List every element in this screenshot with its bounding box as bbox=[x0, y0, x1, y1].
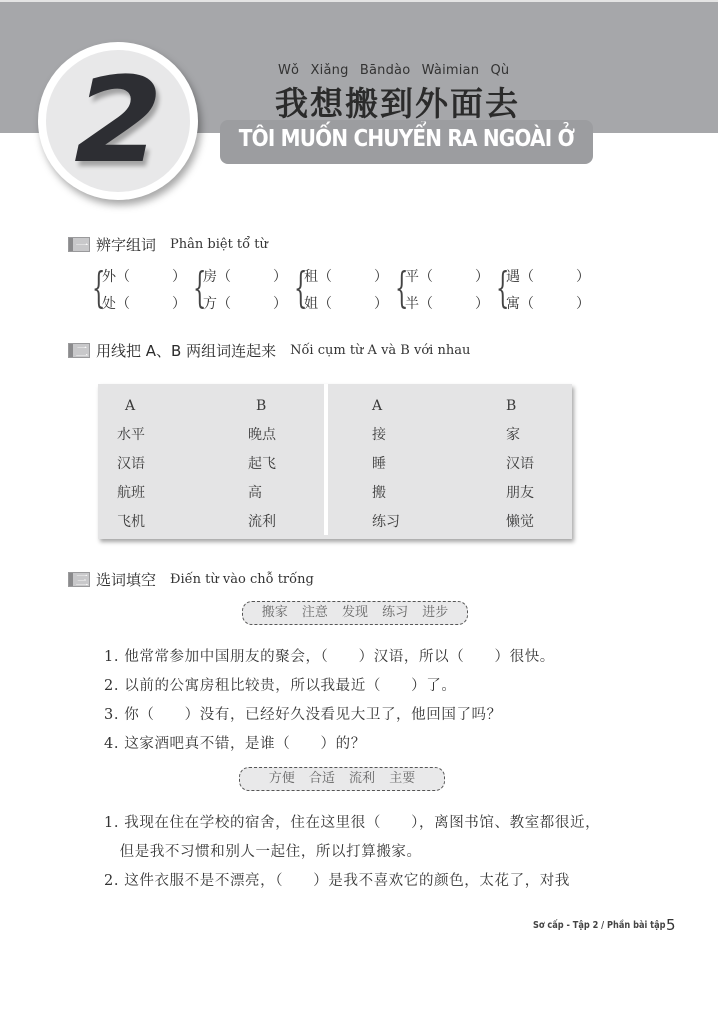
pair-bottom[interactable]: 处（ ） bbox=[102, 291, 186, 318]
pair-top[interactable]: 租（ ） bbox=[304, 264, 388, 291]
match-item[interactable]: 流利 bbox=[248, 512, 276, 541]
section-title: 选词填空 bbox=[96, 569, 156, 590]
brace-icon: { bbox=[92, 264, 97, 318]
char-pair: { 平（ ）半（ ） bbox=[395, 264, 496, 318]
matching-divider bbox=[324, 384, 328, 535]
pair-top[interactable]: 房（ ） bbox=[203, 264, 287, 291]
pair-bottom[interactable]: 姐（ ） bbox=[304, 291, 388, 318]
brace-icon: { bbox=[496, 264, 501, 318]
section-1-heading: 一 辨字组词 Phân biệt tổ từ bbox=[68, 234, 268, 255]
match-item[interactable]: 起飞 bbox=[248, 454, 276, 483]
brace-icon: { bbox=[294, 264, 299, 318]
word-bank-2: 方便 合适 流利 主要 bbox=[239, 767, 445, 791]
word-bank-1: 搬家 注意 发现 练习 进步 bbox=[242, 601, 468, 625]
header-top-line bbox=[0, 0, 718, 2]
char-pairs: { 外（ ）处（ ） { 房（ ）方（ ） { 租（ ）姐（ ） { 平（ ）半… bbox=[92, 264, 597, 318]
section-number-icon: 三 bbox=[68, 572, 90, 587]
left-col-a: A 水平 汉语 航班 飞机 bbox=[117, 396, 145, 541]
char-pair: { 房（ ）方（ ） bbox=[193, 264, 294, 318]
title-pinyin: Wǒ Xiǎng Bāndào Wàimian Qù bbox=[278, 63, 509, 78]
lesson-number: 2 bbox=[27, 60, 208, 180]
col-header: A bbox=[117, 396, 145, 425]
pair-bottom[interactable]: 半（ ） bbox=[405, 291, 489, 318]
footer-book-title: Sơ cấp - Tập 2 / Phần bài tập bbox=[533, 920, 666, 931]
match-item[interactable]: 接 bbox=[372, 425, 400, 454]
match-item[interactable]: 航班 bbox=[117, 483, 145, 512]
right-col-a: A 接 睡 搬 练习 bbox=[372, 396, 400, 541]
char-pair: { 租（ ）姐（ ） bbox=[294, 264, 395, 318]
match-item[interactable]: 汉语 bbox=[117, 454, 145, 483]
char-pair: { 遇（ ）寓（ ） bbox=[496, 264, 597, 318]
match-item[interactable]: 练习 bbox=[372, 512, 400, 541]
section-2-heading: 二 用线把 A、B 两组词连起来 Nối cụm từ A và B với n… bbox=[68, 340, 470, 361]
question-2-1[interactable]: 1. 我现在住在学校的宿舍，住在这里很（ ），离图书馆、教室都很近， bbox=[104, 811, 600, 832]
match-item[interactable]: 汉语 bbox=[506, 454, 534, 483]
section-number-icon: 一 bbox=[68, 237, 90, 252]
pair-top[interactable]: 遇（ ） bbox=[506, 264, 590, 291]
section-title: 辨字组词 bbox=[96, 234, 156, 255]
question-2[interactable]: 2. 以前的公寓房租比较贵，所以我最近（ ）了。 bbox=[104, 674, 456, 695]
question-4[interactable]: 4. 这家酒吧真不错，是谁（ ）的？ bbox=[104, 732, 366, 753]
match-item[interactable]: 高 bbox=[248, 483, 276, 512]
page-title: 我想搬到外面去 bbox=[275, 78, 520, 125]
section-subtitle: Phân biệt tổ từ bbox=[170, 237, 268, 252]
match-item[interactable]: 飞机 bbox=[117, 512, 145, 541]
match-item[interactable]: 家 bbox=[506, 425, 534, 454]
match-item[interactable]: 晚点 bbox=[248, 425, 276, 454]
question-3[interactable]: 3. 你（ ）没有，已经好久没看见大卫了，他回国了吗？ bbox=[104, 703, 502, 724]
match-item[interactable]: 水平 bbox=[117, 425, 145, 454]
left-col-b: B 晚点 起飞 高 流利 bbox=[248, 396, 276, 541]
col-header: B bbox=[248, 396, 276, 425]
match-item[interactable]: 搬 bbox=[372, 483, 400, 512]
match-item[interactable]: 朋友 bbox=[506, 483, 534, 512]
match-item[interactable]: 懒觉 bbox=[506, 512, 534, 541]
brace-icon: { bbox=[395, 264, 400, 318]
lesson-badge: 2 bbox=[38, 42, 198, 200]
page-title-vn: TÔI MUỐN CHUYỂN RA NGOÀI Ở bbox=[220, 124, 593, 152]
brace-icon: { bbox=[193, 264, 198, 318]
pair-bottom[interactable]: 寓（ ） bbox=[506, 291, 590, 318]
matching-table: A 水平 汉语 航班 飞机 B 晚点 起飞 高 流利 A 接 睡 搬 练习 B … bbox=[98, 384, 572, 539]
lesson-badge-inner: 2 bbox=[46, 50, 190, 192]
question-2-1-cont: 但是我不习惯和别人一起住，所以打算搬家。 bbox=[104, 840, 422, 861]
char-pair: { 外（ ）处（ ） bbox=[92, 264, 193, 318]
section-3-heading: 三 选词填空 Điến từ vào chỗ trống bbox=[68, 569, 314, 590]
pair-top[interactable]: 平（ ） bbox=[405, 264, 489, 291]
right-col-b: B 家 汉语 朋友 懒觉 bbox=[506, 396, 534, 541]
col-header: A bbox=[372, 396, 400, 425]
col-header: B bbox=[506, 396, 534, 425]
section-number-icon: 二 bbox=[68, 343, 90, 358]
match-item[interactable]: 睡 bbox=[372, 454, 400, 483]
section-subtitle: Nối cụm từ A và B với nhau bbox=[290, 343, 470, 358]
pair-top[interactable]: 外（ ） bbox=[102, 264, 186, 291]
section-title: 用线把 A、B 两组词连起来 bbox=[96, 340, 276, 361]
question-2-2[interactable]: 2. 这件衣服不是不漂亮，（ ）是我不喜欢它的颜色，太花了，对我 bbox=[104, 869, 570, 890]
section-subtitle: Điến từ vào chỗ trống bbox=[170, 572, 314, 587]
page-number: 5 bbox=[666, 916, 676, 934]
question-1[interactable]: 1. 他常常参加中国朋友的聚会，（ ）汉语，所以（ ）很快。 bbox=[104, 645, 555, 666]
title-vn-banner: TÔI MUỐN CHUYỂN RA NGOÀI Ở bbox=[220, 120, 593, 164]
pair-bottom[interactable]: 方（ ） bbox=[203, 291, 287, 318]
